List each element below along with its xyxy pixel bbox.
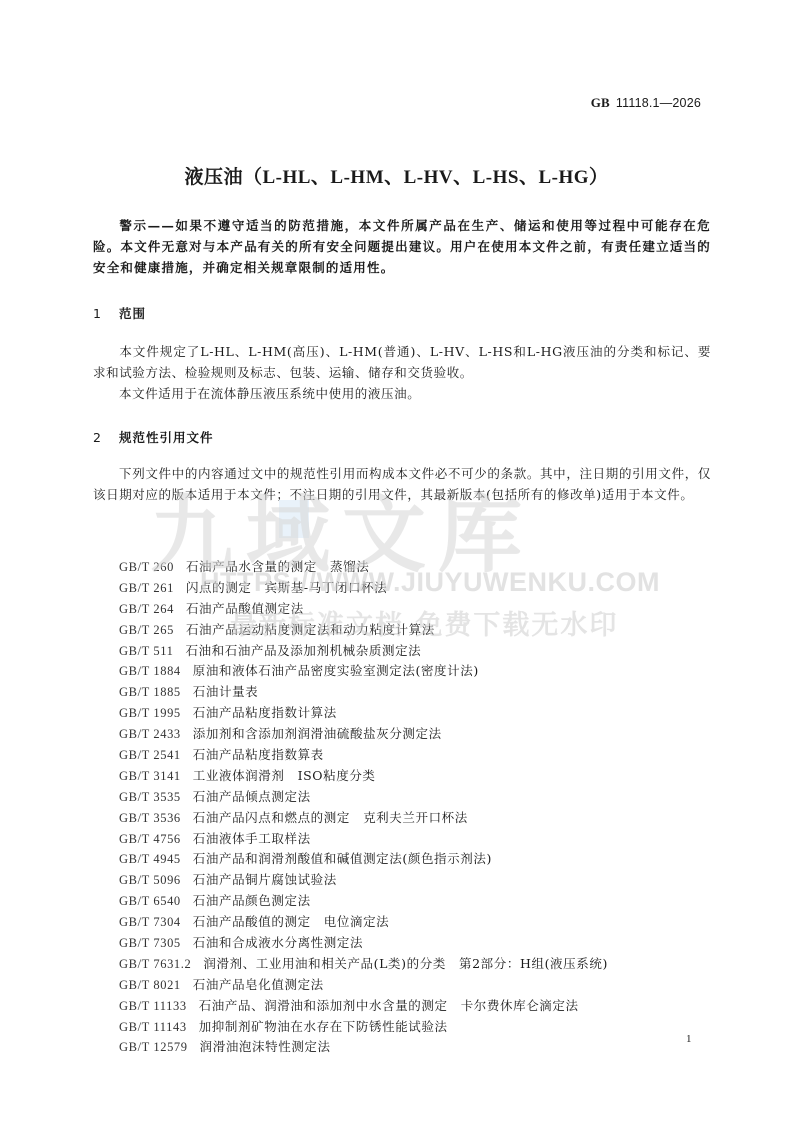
warning-text: 警示——如果不遵守适当的防范措施，本文件所属产品在生产、储运和使用等过程中可能存… [93, 218, 711, 275]
reference-title: 石油产品闪点和燃点的测定 克利夫兰开口杯法 [193, 810, 468, 825]
reference-item: GB/T 12579润滑油泡沫特性测定法 [119, 1037, 608, 1058]
reference-item: GB/T 264石油产品酸值测定法 [119, 599, 608, 620]
reference-code: GB/T 1885 [119, 682, 181, 703]
reference-title: 原油和液体石油产品密度实验室测定法(密度计法) [193, 663, 479, 678]
reference-title: 石油和石油产品及添加剂机械杂质测定法 [185, 643, 421, 658]
reference-code: GB/T 2433 [119, 724, 181, 745]
reference-code: GB/T 7631.2 [119, 954, 191, 975]
reference-code: GB/T 260 [119, 557, 174, 578]
document-page: GB11118.1—2026 液压油（L-HL、L-HM、L-HV、L-HS、L… [0, 0, 793, 1122]
reference-item: GB/T 11133石油产品、润滑油和添加剂中水含量的测定 卡尔费休库仑滴定法 [119, 996, 608, 1017]
document-title: 液压油（L-HL、L-HM、L-HV、L-HS、L-HG） [0, 162, 793, 189]
reference-code: GB/T 3536 [119, 808, 181, 829]
paragraph-text: 本文件适用于在流体静压液压系统中使用的液压油。 [119, 386, 420, 401]
section-heading-normative-references: 2规范性引用文件 [93, 428, 214, 446]
reference-title: 润滑剂、工业用油和相关产品(L类)的分类 第2部分：H组(液压系统) [203, 956, 608, 971]
reference-title: 添加剂和含添加剂润滑油硫酸盐灰分测定法 [193, 726, 442, 741]
warning-paragraph: 警示——如果不遵守适当的防范措施，本文件所属产品在生产、储运和使用等过程中可能存… [93, 215, 711, 278]
standard-prefix: GB [591, 95, 610, 110]
reference-code: GB/T 4945 [119, 849, 181, 870]
watermark-logo-accent [279, 500, 309, 538]
paragraph-text: 本文件规定了L-HL、L-HM(高压)、L-HM(普通)、L-HV、L-HS和L… [93, 344, 711, 380]
reference-code: GB/T 4756 [119, 829, 181, 850]
reference-item: GB/T 3141工业液体润滑剂 ISO粘度分类 [119, 766, 608, 787]
reference-title: 石油液体手工取样法 [193, 831, 311, 846]
reference-item: GB/T 260石油产品水含量的测定 蒸馏法 [119, 557, 608, 578]
reference-title: 石油产品和润滑剂酸值和碱值测定法(颜色指示剂法) [193, 851, 492, 866]
reference-title: 石油产品运动粘度测定法和动力粘度计算法 [186, 622, 435, 637]
reference-code: GB/T 11133 [119, 996, 187, 1017]
paragraph-text: 下列文件中的内容通过文中的规范性引用而构成本文件必不可少的条款。其中，注日期的引… [93, 466, 711, 502]
reference-item: GB/T 1995石油产品粘度指数计算法 [119, 703, 608, 724]
reference-item: GB/T 265石油产品运动粘度测定法和动力粘度计算法 [119, 620, 608, 641]
reference-code: GB/T 261 [119, 578, 174, 599]
reference-title: 石油和合成液水分离性测定法 [193, 935, 363, 950]
reference-item: GB/T 3536石油产品闪点和燃点的测定 克利夫兰开口杯法 [119, 808, 608, 829]
reference-title: 工业液体润滑剂 ISO粘度分类 [193, 768, 376, 783]
title-latin: （L-HL、L-HM、L-HV、L-HS、L-HG） [243, 167, 609, 188]
page-number: 1 [686, 1033, 692, 1045]
reference-code: GB/T 3535 [119, 787, 181, 808]
reference-title: 石油产品粘度指数算表 [193, 747, 324, 762]
reference-code: GB/T 7304 [119, 912, 181, 933]
reference-code: GB/T 5096 [119, 870, 181, 891]
title-cn: 液压油 [184, 166, 243, 188]
reference-item: GB/T 4945石油产品和润滑剂酸值和碱值测定法(颜色指示剂法) [119, 849, 608, 870]
section-number: 2 [93, 430, 119, 445]
reference-code: GB/T 1995 [119, 703, 181, 724]
reference-code: GB/T 3141 [119, 766, 181, 787]
reference-item: GB/T 3535石油产品倾点测定法 [119, 787, 608, 808]
reference-code: GB/T 11143 [119, 1017, 187, 1038]
reference-item: GB/T 7304石油产品酸值的测定 电位滴定法 [119, 912, 608, 933]
reference-title: 石油产品倾点测定法 [193, 789, 311, 804]
reference-code: GB/T 2541 [119, 745, 181, 766]
reference-code: GB/T 7305 [119, 933, 181, 954]
reference-item: GB/T 7305石油和合成液水分离性测定法 [119, 933, 608, 954]
section-number: 1 [93, 306, 119, 321]
reference-title: 石油产品水含量的测定 蒸馏法 [186, 559, 369, 574]
reference-title: 加抑制剂矿物油在水存在下防锈性能试验法 [199, 1019, 448, 1034]
reference-item: GB/T 2433添加剂和含添加剂润滑油硫酸盐灰分测定法 [119, 724, 608, 745]
reference-code: GB/T 264 [119, 599, 174, 620]
reference-title: 润滑油泡沫特性测定法 [200, 1039, 331, 1054]
scope-paragraph-2: 本文件适用于在流体静压液压系统中使用的液压油。 [93, 383, 711, 404]
reference-item: GB/T 2541石油产品粘度指数算表 [119, 745, 608, 766]
reference-code: GB/T 265 [119, 620, 174, 641]
reference-item: GB/T 261闪点的测定 宾斯基-马丁闭口杯法 [119, 578, 608, 599]
reference-list: GB/T 260石油产品水含量的测定 蒸馏法 GB/T 261闪点的测定 宾斯基… [119, 557, 608, 1058]
section-title: 规范性引用文件 [119, 430, 214, 445]
reference-title: 石油计量表 [193, 684, 259, 699]
reference-item: GB/T 5096石油产品铜片腐蚀试验法 [119, 870, 608, 891]
reference-item: GB/T 4756石油液体手工取样法 [119, 829, 608, 850]
reference-title: 石油产品酸值测定法 [186, 601, 304, 616]
reference-code: GB/T 12579 [119, 1037, 188, 1058]
section-title: 范围 [119, 306, 146, 321]
reference-code: GB/T 8021 [119, 975, 181, 996]
reference-item: GB/T 7631.2润滑剂、工业用油和相关产品(L类)的分类 第2部分：H组(… [119, 954, 608, 975]
reference-title: 石油产品、润滑油和添加剂中水含量的测定 卡尔费休库仑滴定法 [199, 998, 579, 1013]
reference-item: GB/T 11143加抑制剂矿物油在水存在下防锈性能试验法 [119, 1017, 608, 1038]
reference-title: 石油产品铜片腐蚀试验法 [193, 872, 337, 887]
section-heading-scope: 1范围 [93, 304, 146, 322]
reference-item: GB/T 8021石油产品皂化值测定法 [119, 975, 608, 996]
reference-title: 石油产品颜色测定法 [193, 893, 311, 908]
reference-item: GB/T 6540石油产品颜色测定法 [119, 891, 608, 912]
standard-number: 11118.1—2026 [616, 96, 701, 110]
reference-item: GB/T 511石油和石油产品及添加剂机械杂质测定法 [119, 641, 608, 662]
references-intro-paragraph: 下列文件中的内容通过文中的规范性引用而构成本文件必不可少的条款。其中，注日期的引… [93, 463, 711, 505]
reference-code: GB/T 511 [119, 641, 173, 662]
reference-code: GB/T 6540 [119, 891, 181, 912]
reference-item: GB/T 1885石油计量表 [119, 682, 608, 703]
scope-paragraph-1: 本文件规定了L-HL、L-HM(高压)、L-HM(普通)、L-HV、L-HS和L… [93, 341, 711, 383]
reference-title: 闪点的测定 宾斯基-马丁闭口杯法 [186, 580, 387, 595]
reference-code: GB/T 1884 [119, 661, 181, 682]
reference-title: 石油产品皂化值测定法 [193, 977, 324, 992]
reference-title: 石油产品酸值的测定 电位滴定法 [193, 914, 390, 929]
reference-title: 石油产品粘度指数计算法 [193, 705, 337, 720]
standard-code: GB11118.1—2026 [591, 95, 701, 111]
reference-item: GB/T 1884原油和液体石油产品密度实验室测定法(密度计法) [119, 661, 608, 682]
